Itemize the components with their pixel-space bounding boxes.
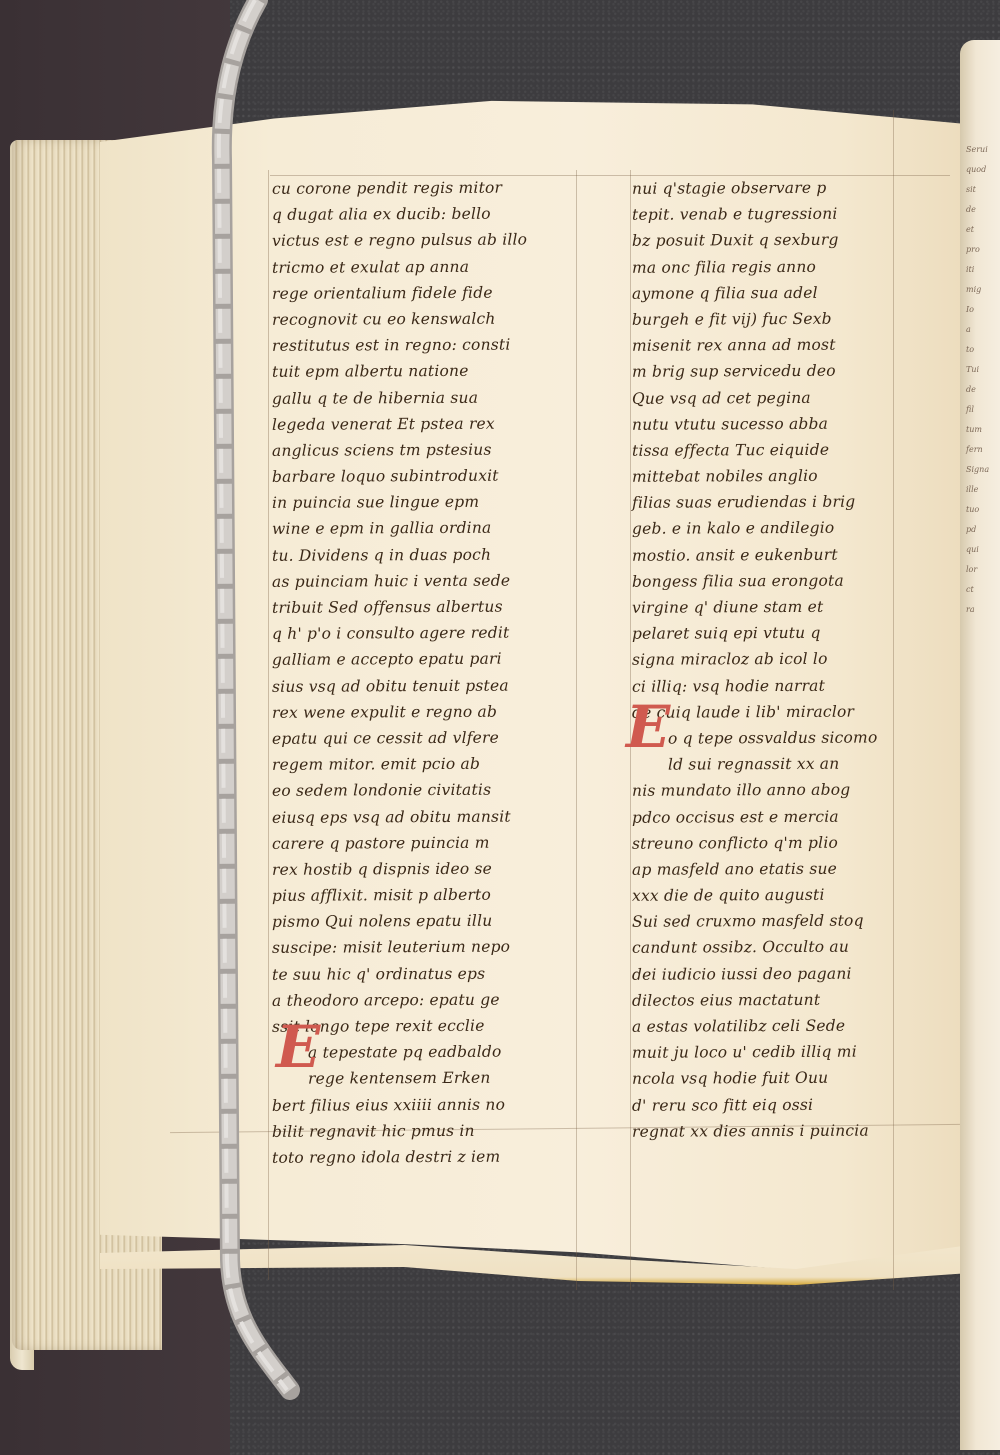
text-line: ci illiq: vsq hodie narrat <box>632 672 932 700</box>
text-line: Que vsq ad cet pegina <box>632 384 932 412</box>
facing-text-fragment: sit <box>966 180 1000 200</box>
text-line: tissa effecta Tuc eiquide <box>632 436 932 464</box>
text-line: geb. e in kalo e andilegio <box>632 515 932 543</box>
facing-page-edge: SeruiquodsitdeetproitimigIoatoTuidefiltu… <box>960 40 1000 1450</box>
text-line: muit ju loco u' cedib illiq mi <box>632 1038 932 1066</box>
text-line: Sui sed cruxmo masfeld stoq <box>632 907 932 935</box>
text-line: regnat xx dies annis i puincia <box>632 1117 932 1145</box>
text-line: bongess filia sua erongota <box>632 567 932 595</box>
facing-text-fragment: Serui <box>966 140 1000 160</box>
text-line: a estas volatilibz celi Sede <box>632 1012 932 1040</box>
facing-page-text: SeruiquodsitdeetproitimigIoatoTuidefiltu… <box>966 140 1000 620</box>
text-line: tepit. venab e tugressioni <box>632 200 932 228</box>
facing-text-fragment: a <box>966 320 1000 340</box>
text-line: mittebat nobiles anglio <box>632 462 932 490</box>
facing-text-fragment: pd <box>966 520 1000 540</box>
facing-text-fragment: iti <box>966 260 1000 280</box>
text-line: ap masfeld ano etatis sue <box>632 855 932 883</box>
text-line: xxx die de quito augusti <box>632 881 932 909</box>
facing-text-fragment: de <box>966 380 1000 400</box>
text-line: virgine q' diune stam et <box>632 593 932 621</box>
facing-text-fragment: to <box>966 340 1000 360</box>
text-line: ma onc filia regis anno <box>632 253 932 281</box>
facing-text-fragment: ct <box>966 580 1000 600</box>
text-line: nutu vtutu sucesso abba <box>632 410 932 438</box>
facing-text-fragment: ra <box>966 600 1000 620</box>
facing-text-fragment: et <box>966 220 1000 240</box>
text-line: signa miracloz ab icol lo <box>632 646 932 674</box>
text-line: mostio. ansit e eukenburt <box>632 541 932 569</box>
text-line: ncola vsq hodie fuit Ouu <box>632 1065 932 1093</box>
facing-text-fragment: ille <box>966 480 1000 500</box>
text-line: bz posuit Duxit q sexburg <box>632 227 932 255</box>
text-line: d' reru sco fitt eiq ossi <box>632 1091 932 1119</box>
facing-text-fragment: de <box>966 200 1000 220</box>
text-line: nis mundato illo anno abog <box>632 777 932 805</box>
facing-text-fragment: quod <box>966 160 1000 180</box>
facing-text-fragment: Tui <box>966 360 1000 380</box>
text-line: burgeh e fit vij) fuc Sexb <box>632 305 932 333</box>
text-line: filias suas erudiendas i brig <box>632 488 932 516</box>
text-line: streuno conflicto q'm plio <box>632 829 932 857</box>
text-line: pdco occisus est e mercia <box>632 803 932 831</box>
text-line: m brig sup servicedu deo <box>632 358 932 386</box>
facing-text-fragment: Io <box>966 300 1000 320</box>
facing-text-fragment: Signa <box>966 460 1000 480</box>
facing-text-fragment: lor <box>966 560 1000 580</box>
text-line: pelaret suiq epi vtutu q <box>632 619 932 647</box>
text-line: candunt ossibz. Occulto au <box>632 934 932 962</box>
bookmark-cord[interactable] <box>150 0 350 1455</box>
text-line: ld sui regnassit xx an <box>632 750 932 778</box>
rubric-initial-right: E <box>626 698 670 756</box>
right-text-column: nui q'stagie observare ptepit. venab e t… <box>632 175 932 1144</box>
facing-text-fragment: pro <box>966 240 1000 260</box>
facing-text-fragment: tum <box>966 420 1000 440</box>
text-line: de cuiq laude i lib' miraclor <box>632 698 932 726</box>
text-line: misenit rex anna ad most <box>632 331 932 359</box>
text-line: aymone q filia sua adel <box>632 279 932 307</box>
text-line: dilectos eius mactatunt <box>632 986 932 1014</box>
text-line: o q tepe ossvaldus sicomo <box>632 724 932 752</box>
text-line: dei iudicio iussi deo pagani <box>632 960 932 988</box>
facing-text-fragment: fern <box>966 440 1000 460</box>
facing-text-fragment: mig <box>966 280 1000 300</box>
facing-text-fragment: qui <box>966 540 1000 560</box>
facing-text-fragment: tuo <box>966 500 1000 520</box>
facing-text-fragment: fil <box>966 400 1000 420</box>
text-line: nui q'stagie observare p <box>632 174 932 202</box>
